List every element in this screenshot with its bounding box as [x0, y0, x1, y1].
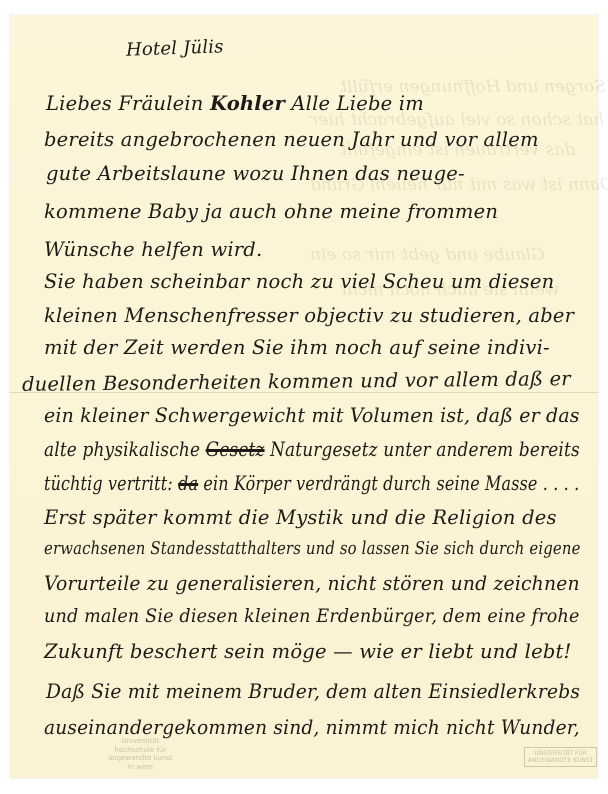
- letter-line-6: Sie haben scheinbar noch zu viel Scheu u…: [44, 270, 554, 293]
- letter-line-17: Zukunft beschert sein möge — wie er lieb…: [44, 640, 572, 663]
- letter-line-18: Daß Sie mit meinem Bruder, dem alten Ein…: [46, 680, 580, 703]
- letter-header: Hotel Jülis: [126, 36, 224, 60]
- struck-word: da: [178, 472, 198, 495]
- struck-word: Gesetz: [206, 438, 265, 461]
- letter-line-2: bereits angebrochenen neuen Jahr und vor…: [44, 128, 539, 151]
- letter-line-8: mit der Zeit werden Sie ihm noch auf sei…: [44, 336, 550, 359]
- library-stamp: Universität hochschule für angewandte ku…: [108, 737, 173, 771]
- letter-line-15: Vorurteile zu generalisieren, nicht stör…: [44, 572, 580, 595]
- letter-line-11: alte physikalische Gesetz Naturgesetz un…: [44, 438, 580, 461]
- letter-line-10: ein kleiner Schwergewicht mit Volumen is…: [44, 404, 580, 427]
- letter-line-1: Liebes Fräulein Kohler Alle Liebe im: [46, 92, 424, 115]
- letter-line-13: Erst später kommt die Mystik und die Rel…: [44, 506, 557, 529]
- letter-line-7: kleinen Menschenfresser objectiv zu stud…: [44, 304, 574, 327]
- letter-line-3: gute Arbeitslaune wozu Ihnen das neuge-: [46, 162, 465, 185]
- letter-line-5: Wünsche helfen wird.: [44, 238, 262, 261]
- letter-line-16: und malen Sie diesen kleinen Erdenbürger…: [44, 606, 580, 627]
- archive-stamp: UNIVERSITÄT FÜR ANGEWANDTE KUNST: [524, 747, 597, 767]
- letter-line-12: tüchtig vertritt: da ein Körper verdräng…: [44, 472, 579, 495]
- show-through-text: Glaube und gebt mir so ein: [310, 245, 545, 265]
- recipient-name: Kohler: [210, 92, 285, 115]
- letter-line-19: auseinandergekommen sind, nimmt mich nic…: [44, 716, 580, 739]
- letter-line-4: kommene Baby ja auch ohne meine frommen: [44, 200, 498, 223]
- letter-line-14: erwachsenen Standesstatthalters und so l…: [44, 538, 581, 559]
